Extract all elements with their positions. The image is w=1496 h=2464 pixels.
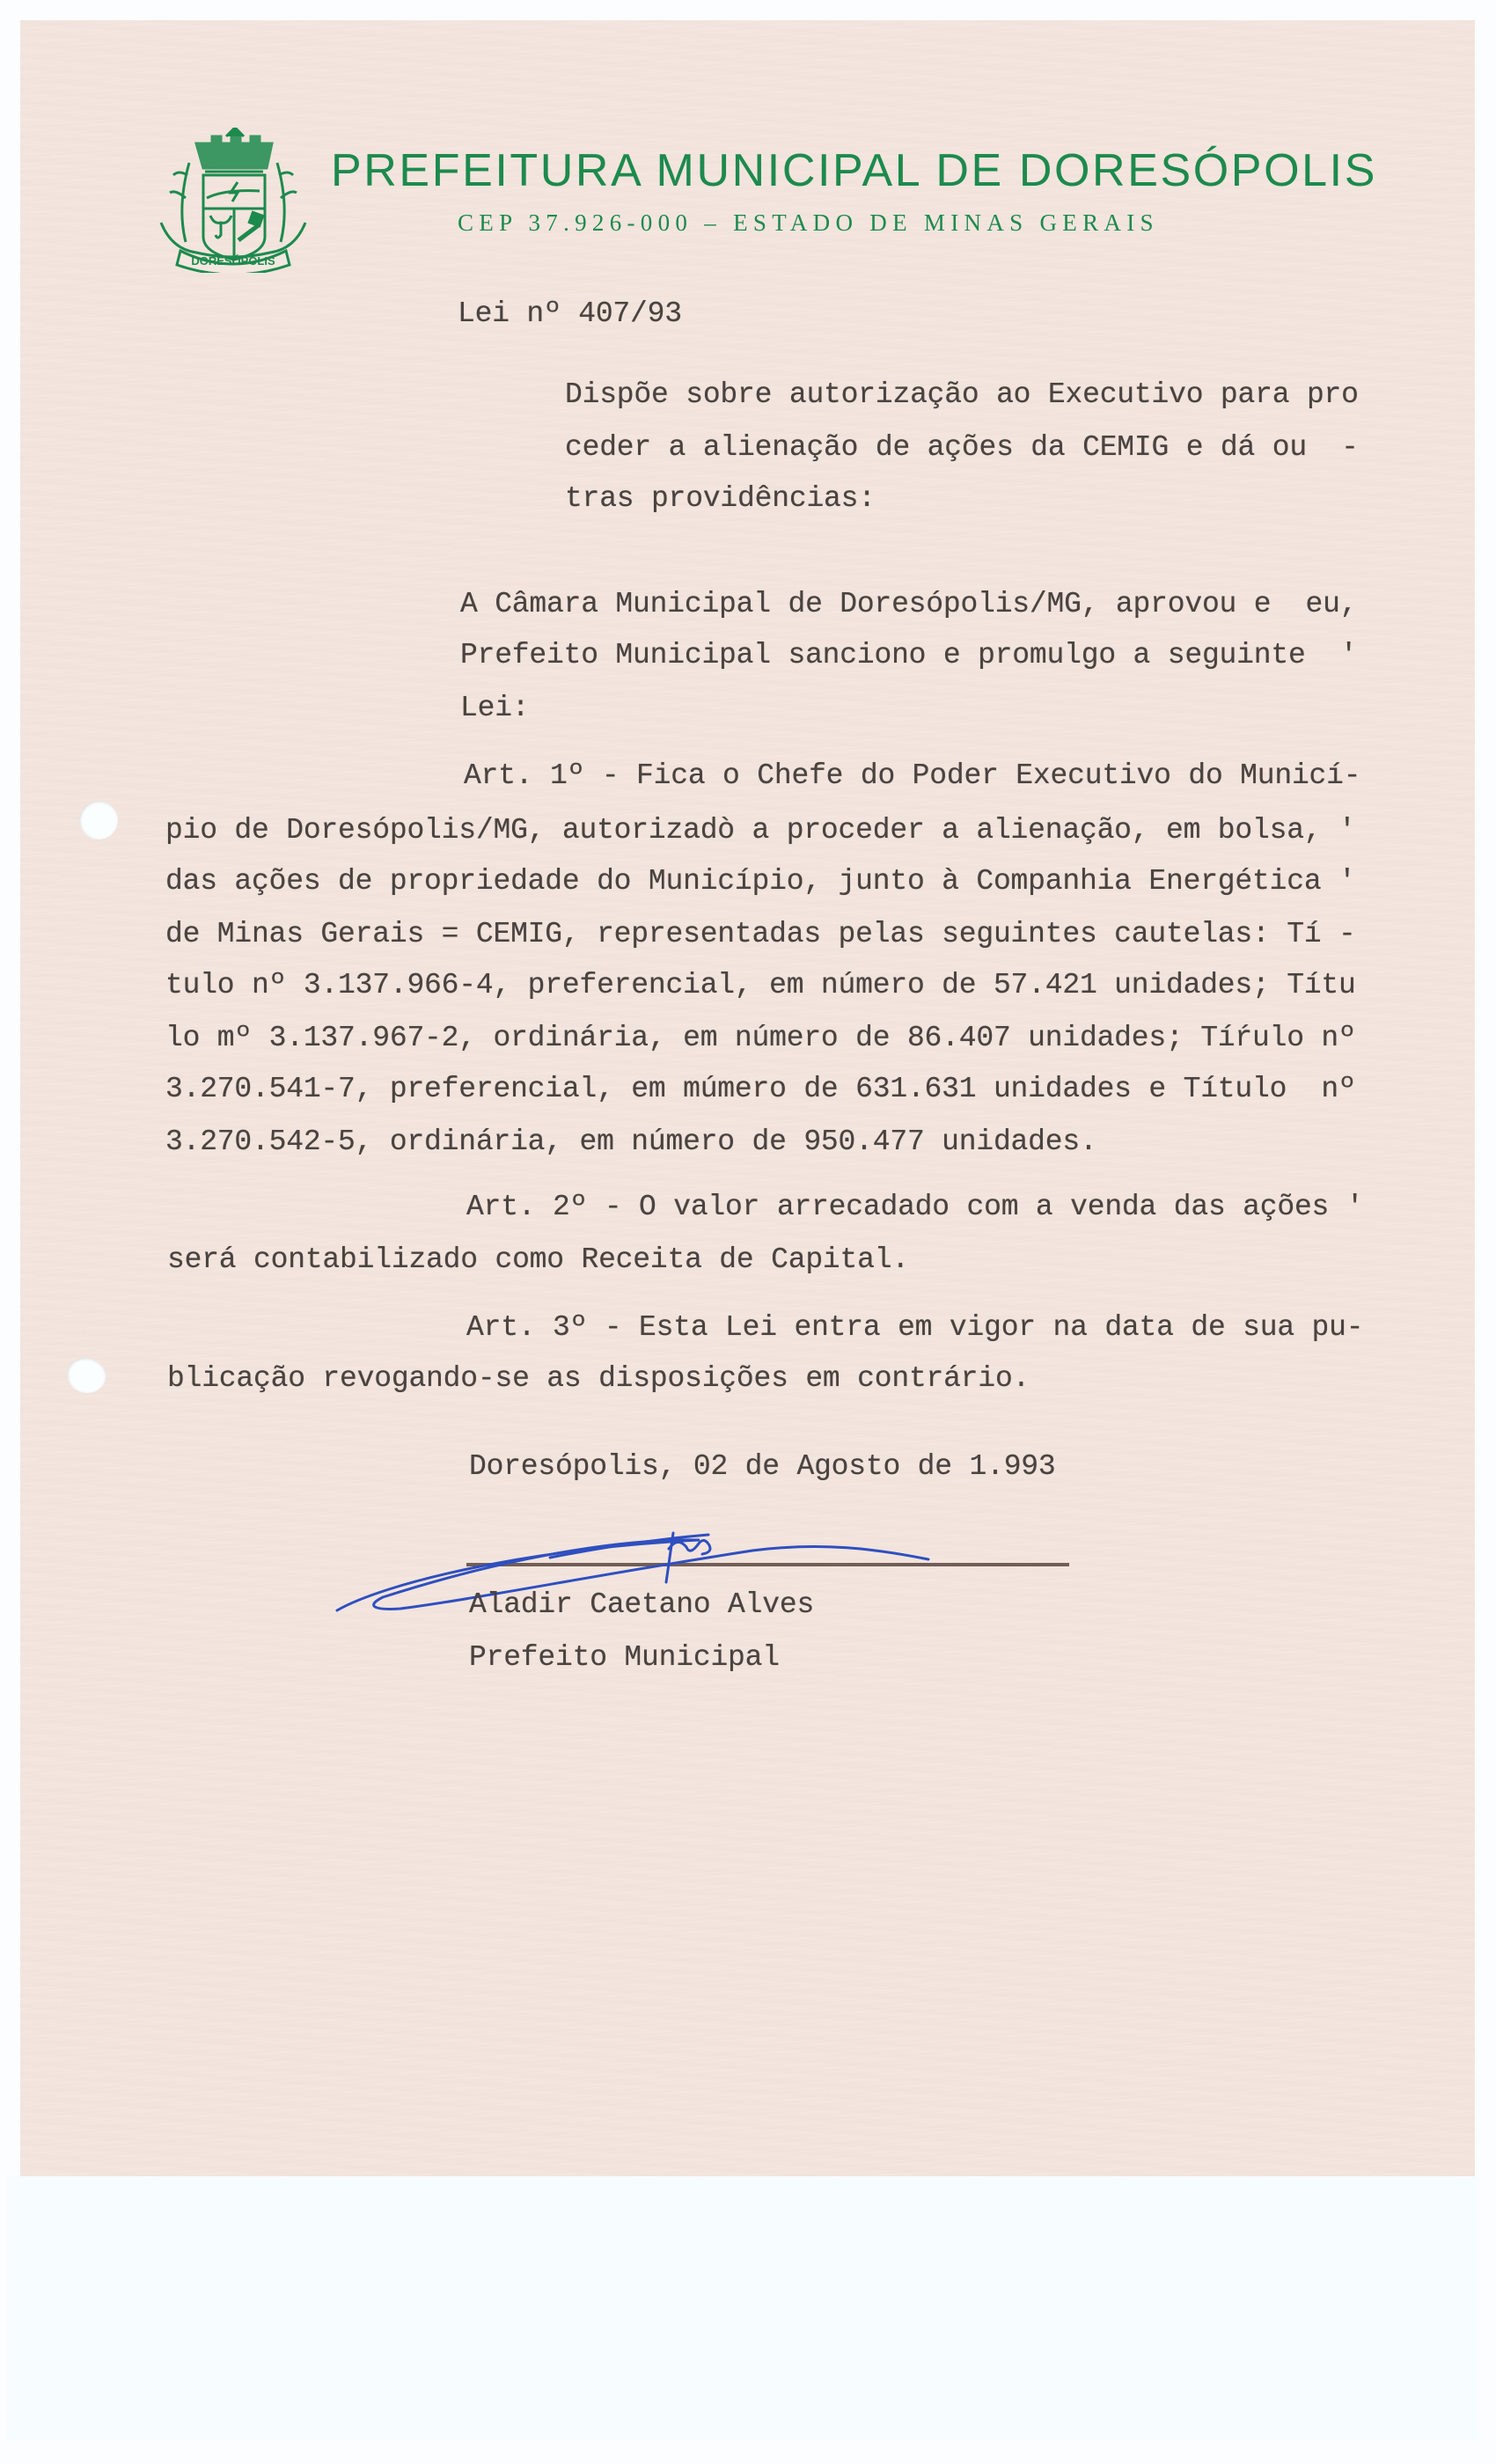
letterhead-title: PREFEITURA MUNICIPAL DE DORESÓPOLIS [331,148,1377,194]
scanner-background [7,2176,1478,2440]
article-line: blicação revogando-se as disposições em … [167,1364,1030,1393]
article-line: Art. 1º - Fica o Chefe do Poder Executiv… [464,761,1360,790]
preamble-line: Lei: [460,693,529,722]
article-line: será contabilizado como Receita de Capit… [167,1245,909,1274]
signatory-title: Prefeito Municipal [469,1643,780,1672]
law-number: Lei nº 407/93 [458,299,682,328]
letterhead-subtitle: CEP 37.926-000 – ESTADO DE MINAS GERAIS [458,211,1159,235]
article-line: das ações de propriedade do Município, j… [165,867,1356,896]
ementa-line: ceder a alienação de ações da CEMIG e dá… [565,433,1359,462]
punch-hole-top [79,801,118,840]
article-line: lo mº 3.137.967-2, ordinária, em número … [165,1023,1356,1052]
preamble-line: Prefeito Municipal sanciono e promulgo a… [460,641,1357,670]
date-line: Doresópolis, 02 de Agosto de 1.993 [469,1452,1056,1481]
preamble-line: A Câmara Municipal de Doresópolis/MG, ap… [460,590,1357,619]
article-line: 3.270.542-5, ordinária, em número de 950… [165,1127,1097,1156]
article-line: de Minas Gerais = CEMIG, representadas p… [165,920,1356,949]
ementa-line: tras providências: [565,484,876,513]
article-line: pio de Doresópolis/MG, autorizadò a proc… [165,816,1356,845]
article-line: Art. 2º - O valor arrecadado com a venda… [466,1192,1363,1221]
ementa-line: Dispõe sobre autorização ao Executivo pa… [565,380,1359,409]
article-line: 3.270.541-7, preferencial, em múmero de … [165,1074,1356,1104]
municipal-coat-of-arms-icon: DORESÓPOLIS [154,128,312,273]
svg-text:DORESÓPOLIS: DORESÓPOLIS [191,254,275,268]
article-line: Art. 3º - Esta Lei entra em vigor na dat… [466,1313,1363,1342]
article-line: tulo nº 3.137.966-4, preferencial, em nú… [165,971,1356,1000]
punch-hole-bottom [67,1358,106,1393]
signatory-name: Aladir Caetano Alves [469,1590,814,1619]
